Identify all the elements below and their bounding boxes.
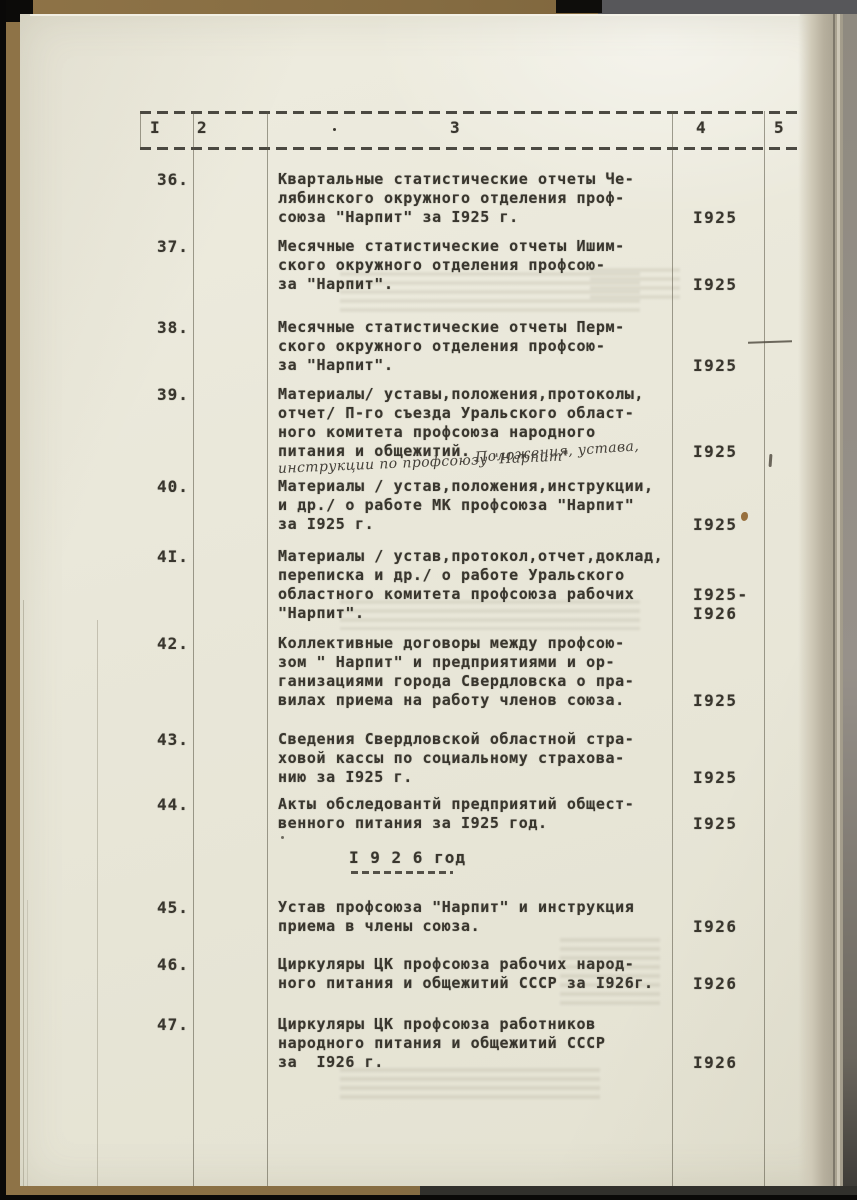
under-sheet-edge (23, 600, 24, 1186)
entry-text-line: Сведения Свердловской областной стра- (278, 730, 682, 749)
entry-year: I925 (693, 208, 738, 227)
column-header-1: I (150, 118, 160, 137)
entry-text-line: приема в члены союза. (278, 917, 682, 936)
entry-text-line: Материалы / устав,положения,инструкции, (278, 477, 682, 496)
entry-text-line: лябинского окружного отделения проф- (278, 189, 682, 208)
entry-description: Циркуляры ЦК профсоюза рабочих народ-ног… (278, 955, 682, 993)
entry-text-line: "Нарпит". (278, 604, 682, 623)
entry-text-line: за I926 г. (278, 1053, 682, 1072)
page-top-edge (30, 14, 800, 16)
entry-text-line: ганизациями города Свердловска о пра- (278, 672, 682, 691)
under-sheet-edge (27, 900, 28, 1186)
entry-number: 39. (157, 385, 189, 404)
entry-text-line: зом " Нарпит" и предприятиями и ор- (278, 653, 682, 672)
entry-text-line: Акты обследовантй предприятий общест- (278, 795, 682, 814)
entry-number: 42. (157, 634, 189, 653)
entry-text-line: Коллективные договоры между профсою- (278, 634, 682, 653)
section-heading-1926: I 9 2 6 год (349, 848, 466, 867)
entry-number: 40. (157, 477, 189, 496)
entry-description: Акты обследовантй предприятий общест-вен… (278, 795, 682, 833)
entry-text-line: вилах приема на работу членов союза. (278, 691, 682, 710)
page-stack-edge-highlight (837, 14, 840, 1186)
entry-text-line: ного питания и общежитий СССР за I926г. (278, 974, 682, 993)
entry-number: 47. (157, 1015, 189, 1034)
entry-year: I925 (693, 515, 738, 534)
column-divider (267, 111, 268, 1186)
entry-description: Месячные статистические отчеты Перм-ског… (278, 318, 682, 375)
entry-text-line: Материалы/ уставы,положения,протоколы, (278, 385, 682, 404)
entry-text-line: ского окружного отделения профсою- (278, 337, 682, 356)
entry-text-line: союза "Нарпит" за I925 г. (278, 208, 682, 227)
entry-text-line: переписка и др./ о работе Уральского (278, 566, 682, 585)
entry-year: I925 (693, 275, 738, 294)
entry-number: 45. (157, 898, 189, 917)
entry-number: 43. (157, 730, 189, 749)
entry-text-line: областного комитета профсоюза рабочих (278, 585, 682, 604)
entry-text-line: Месячные статистические отчеты Ишим- (278, 237, 682, 256)
entry-text-line: и др./ о работе МК профсоюза "Нарпит" (278, 496, 682, 515)
header-stray-dot (333, 128, 336, 131)
entry-year: I926 (693, 974, 738, 993)
entry-year: I926 (693, 917, 738, 936)
column-header-3: 3 (450, 118, 460, 137)
backdrop-edge-left (0, 0, 6, 1200)
entry-number: 44. (157, 795, 189, 814)
entry-text-line: народного питания и общежитий СССР (278, 1034, 682, 1053)
page-stack-outer-edge (843, 14, 857, 1200)
entry-year: I925 (693, 691, 738, 710)
entry-number: 37. (157, 237, 189, 256)
ink-bleed-through (340, 1068, 600, 1104)
entry-number: 36. (157, 170, 189, 189)
entry-text-line: за "Нарпит". (278, 356, 682, 375)
entry-text-line: нию за I925 г. (278, 768, 682, 787)
entry-text-line: ховой кассы по социальному страхова- (278, 749, 682, 768)
stray-dot (281, 836, 284, 839)
entry-text-line: за "Нарпит". (278, 275, 682, 294)
table-border-top (140, 111, 803, 114)
entry-year: I925-I926 (693, 585, 749, 623)
entry-description: Циркуляры ЦК профсоюза работниковнародно… (278, 1015, 682, 1072)
column-divider (193, 111, 194, 1186)
backdrop-edge-bottom-black (0, 1195, 857, 1200)
entry-year: I926 (693, 1053, 738, 1072)
entry-description: Материалы / устав,протокол,отчет,доклад,… (278, 547, 682, 623)
column-divider (140, 111, 141, 148)
entry-text-line: Циркуляры ЦК профсоюза работников (278, 1015, 682, 1034)
entry-year: I925 (693, 442, 738, 461)
section-heading-underline (351, 871, 453, 874)
entry-text-line: Циркуляры ЦК профсоюза рабочих народ- (278, 955, 682, 974)
column-header-4: 4 (696, 118, 706, 137)
entry-text-line: Материалы / устав,протокол,отчет,доклад, (278, 547, 682, 566)
entry-text-line: Месячные статистические отчеты Перм- (278, 318, 682, 337)
entry-text-line: отчет/ П-го съезда Уральского област- (278, 404, 682, 423)
table-header-underline (140, 147, 803, 150)
entry-description: Материалы/ уставы,положения,протоколы,от… (278, 385, 682, 477)
entry-year: I925 (693, 356, 738, 375)
entry-description: Квартальные статистические отчеты Че-ляб… (278, 170, 682, 227)
scanner-clamp-strip (598, 0, 857, 14)
page-crease (97, 620, 98, 1186)
entry-text-line: Квартальные статистические отчеты Че- (278, 170, 682, 189)
entry-text-line: венного питания за I925 год. (278, 814, 682, 833)
entry-description: Месячные статистические отчеты Ишим-ског… (278, 237, 682, 294)
entry-number: 4I. (157, 547, 189, 566)
entry-text-line: за I925 г. (278, 515, 682, 534)
entry-text-line: ского окружного отделения профсою- (278, 256, 682, 275)
entry-number: 38. (157, 318, 189, 337)
entry-description: Сведения Свердловской областной стра-хов… (278, 730, 682, 787)
entry-text-line: Устав профсоюза "Нарпит" и инструкция (278, 898, 682, 917)
entry-description: Материалы / устав,положения,инструкции,и… (278, 477, 682, 534)
entry-year: I925 (693, 814, 738, 833)
entry-description: Коллективные договоры между профсою-зом … (278, 634, 682, 710)
entry-year: I925 (693, 768, 738, 787)
backdrop-shadow (556, 0, 602, 13)
page-stack-edge-line (833, 14, 835, 1186)
column-divider (764, 111, 765, 1186)
column-header-5: 5 (774, 118, 784, 137)
entry-number: 46. (157, 955, 189, 974)
entry-description: Устав профсоюза "Нарпит" и инструкцияпри… (278, 898, 682, 936)
column-header-2: 2 (197, 118, 207, 137)
